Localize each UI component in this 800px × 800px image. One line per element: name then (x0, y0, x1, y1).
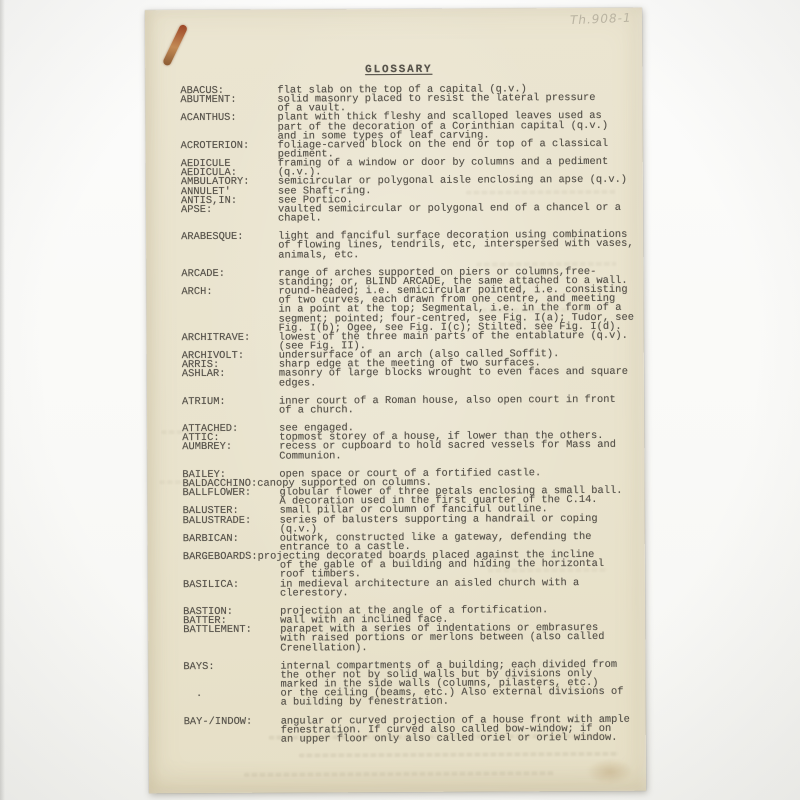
glossary-row: AMBULATORY: semicircular or polygonal ai… (181, 176, 633, 188)
glossary-row: ACROTERION: foliage-carved block on the … (181, 140, 633, 152)
glossary-row: ATRIUM: inner court of a Roman house, al… (182, 396, 634, 408)
glossary-term: BATTLEMENT: (183, 626, 280, 636)
glossary-term (184, 736, 281, 746)
glossary-term: APSE: (181, 205, 278, 215)
glossary-term: AUMBREY: (182, 443, 279, 453)
glossary-term: BARBICAN: (183, 534, 280, 544)
glossary-list: ABACUS: flat slab on the top of a capita… (180, 85, 636, 745)
glossary-term: BAY-/INDOW: (184, 717, 281, 727)
ghost-text-smudge (488, 568, 608, 573)
glossary-term: ARCH: (181, 288, 278, 298)
glossary-term: ABUTMENT: (180, 96, 277, 106)
glossary-definition-line: series of balusters supporting a handrai… (280, 515, 598, 526)
ghost-text-smudge (159, 480, 229, 484)
glossary-term: ASHLAR: (182, 370, 279, 380)
ghost-text-smudge (299, 752, 619, 758)
page-title: GLOSSARY (155, 63, 642, 78)
glossary-term: ARABESQUE: (181, 233, 278, 243)
ghost-text-smudge (482, 308, 602, 313)
glossary-definition-line: edges. (279, 379, 316, 388)
glossary-term: ARCADE: (181, 269, 278, 279)
glossary-row: AUMBREY: recess or cupboard to hold sacr… (182, 441, 634, 453)
glossary-row: with raised portions or merlons between … (183, 633, 635, 645)
glossary-row: APSE: vaulted semicircular or polygonal … (181, 204, 633, 216)
glossary-definition-line: of a church. (279, 406, 354, 416)
glossary-row: AEDICULE framing of a window or door by … (181, 158, 633, 170)
glossary-term (184, 726, 281, 736)
glossary-term (183, 672, 280, 682)
glossary-term: BASILICA: (183, 580, 280, 590)
glossary-term (183, 644, 280, 654)
glossary-term (181, 251, 278, 261)
ghost-text-smudge (161, 430, 221, 434)
glossary-definition-line: animals, etc. (278, 251, 359, 261)
glossary-definition-line: Communion. (279, 452, 341, 461)
red-slash-mark (162, 24, 188, 67)
glossary-term (183, 589, 280, 599)
glossary-term: ACROTERION: (181, 141, 278, 151)
catalog-annotation: Th.908-1 (570, 11, 632, 27)
glossary-term: ATRIUM: (182, 397, 279, 407)
glossary-definition-line: framing of a window or door by columns a… (278, 158, 609, 169)
glossary-term (182, 452, 279, 462)
glossary-term (182, 379, 279, 389)
glossary-term (182, 315, 279, 325)
glossary-row: ARCHITRAVE: lowest of the three main par… (182, 332, 634, 344)
glossary-row: BASILICA: in medieval architecture an ai… (183, 578, 635, 590)
glossary-term (184, 699, 281, 709)
glossary-row: ABUTMENT: solid masonry placed to resist… (180, 94, 632, 106)
glossary-term (181, 242, 278, 252)
glossary-term (181, 215, 278, 225)
glossary-term: BAYS: (183, 662, 280, 672)
document-page: Th.908-1 GLOSSARY ABACUS: flat slab on t… (145, 8, 646, 794)
glossary-definition-line: masonry of large blocks wrought to even … (279, 368, 628, 379)
glossary-term: BALUSTRADE: (183, 516, 280, 526)
ghost-text-smudge (244, 771, 554, 777)
glossary-definition-line: vaulted semicircular or polygonal end of… (278, 204, 621, 215)
glossary-term: ACANTHUS: (180, 114, 277, 124)
glossary-definition-line: clerestory. (280, 589, 349, 598)
ghost-text-smudge (466, 190, 616, 195)
glossary-term (182, 407, 279, 417)
glossary-term (181, 123, 278, 133)
glossary-term: BALLFLOWER: (182, 489, 279, 499)
glossary-row: ASHLAR: masonry of large blocks wrought … (182, 368, 634, 380)
glossary-term: . (184, 690, 281, 700)
glossary-definition-line: chapel. (278, 214, 322, 223)
glossary-definition-line: Crenellation). (280, 644, 367, 654)
glossary-definition-line: a building by fenestration. (281, 698, 449, 708)
scanner-edge-artifact (0, 0, 5, 800)
glossary-term (182, 306, 279, 316)
paper-bottom-stain (586, 759, 634, 785)
glossary-term (181, 297, 278, 307)
glossary-term: ARCHITRAVE: (182, 333, 279, 343)
glossary-term (183, 562, 280, 572)
ghost-text-smudge (476, 262, 616, 267)
glossary-row: BALUSTRADE: series of balusters supporti… (183, 514, 635, 526)
glossary-row: of flowing lines, tendrils, etc, intersp… (181, 240, 633, 252)
glossary-term (183, 635, 280, 645)
